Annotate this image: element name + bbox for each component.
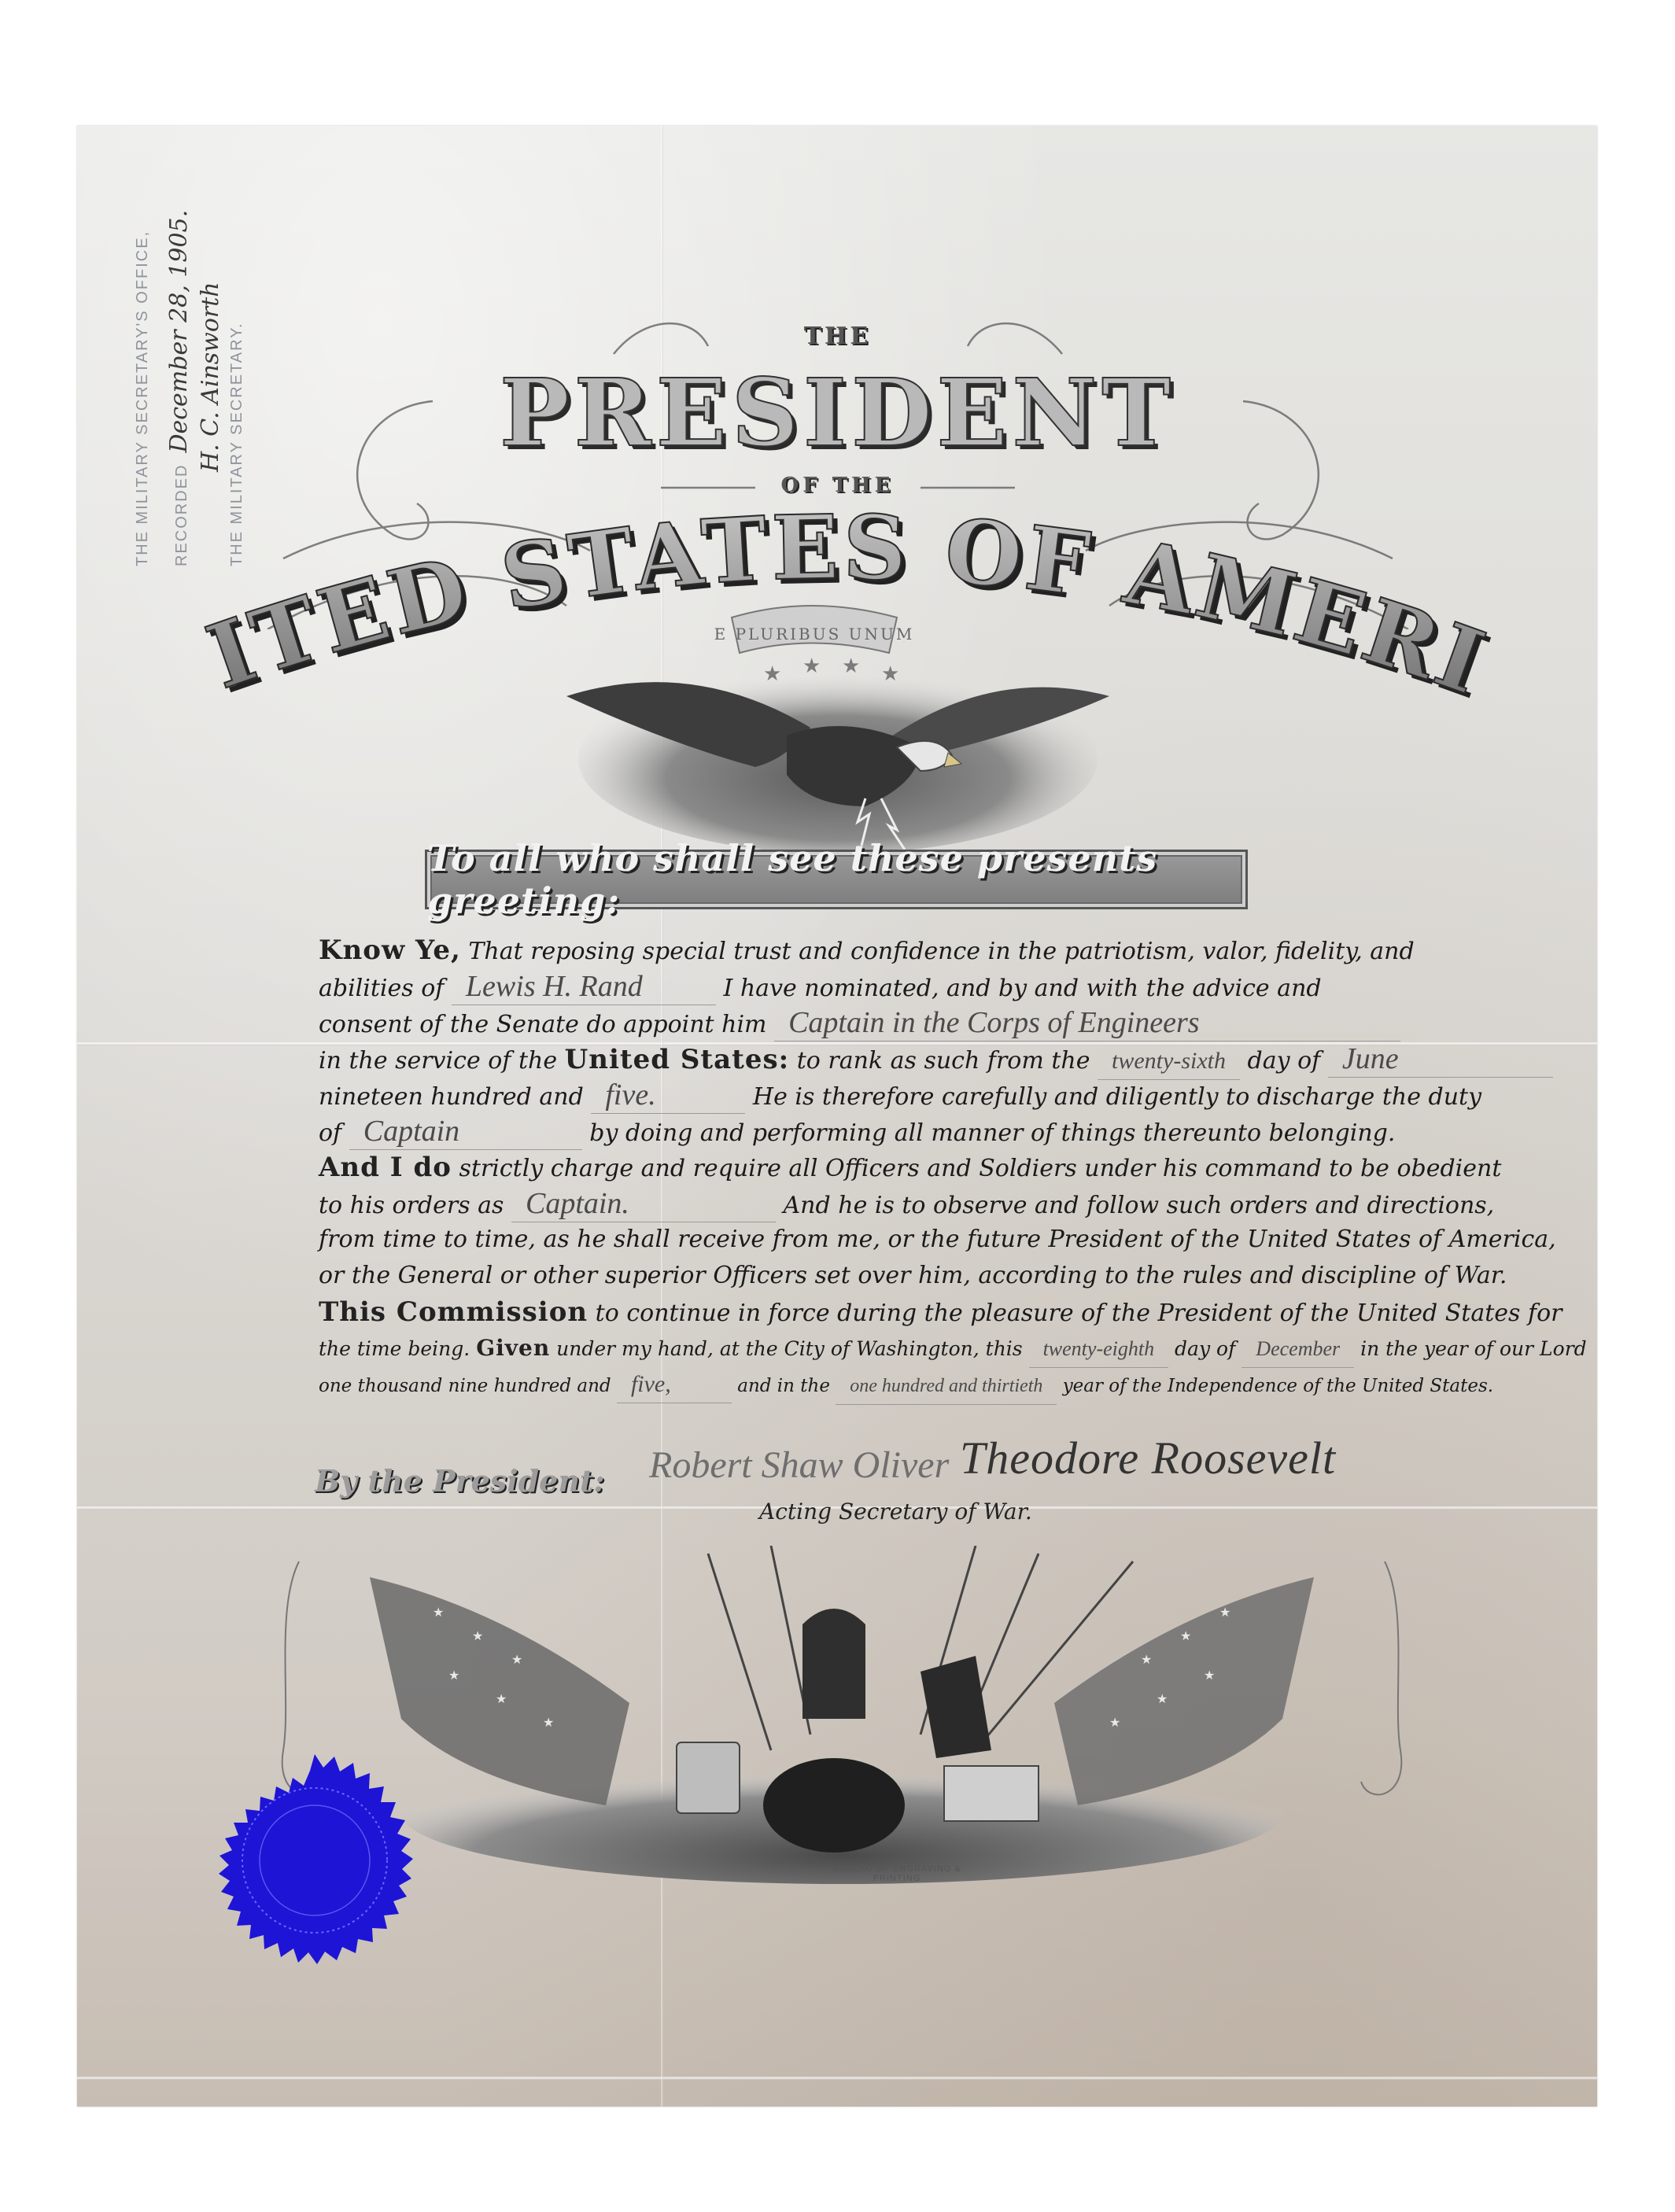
body-text-segment: in the year of our Lord [1360,1337,1587,1360]
rank-day-field: twenty-sixth [1098,1043,1240,1080]
body-line-2: abilities of Lewis H. Rand I have nomina… [319,968,1396,1005]
body-text-segment: abilities of [319,975,444,1002]
body-text-segment: day of [1248,1047,1321,1075]
commission-body: Know Ye, That reposing special trust and… [319,932,1396,1403]
body-line-10: or the General or other superior Officer… [319,1258,1396,1294]
body-line-7: And I do strictly charge and require all… [319,1149,1396,1185]
svg-text:★: ★ [511,1652,522,1667]
svg-text:★: ★ [433,1605,444,1620]
body-text-segment: or the General or other superior Officer… [319,1262,1507,1289]
header-president: PRESIDENT [0,358,1675,467]
body-line-13: one thousand nine hundred and five, and … [319,1366,1396,1403]
body-text-segment: I have nominated, and by and with the ad… [723,975,1321,1002]
body-line-9: from time to time, as he shall receive f… [319,1222,1396,1258]
body-text-segment: nineteen hundred and [319,1083,584,1111]
svg-text:★: ★ [1157,1691,1168,1706]
independence-year-field: one hundred and thirtieth [836,1368,1057,1405]
secretary-of-war-signature: Robert Shaw Oliver [649,1443,949,1487]
body-text-segment: in the service of the [319,1047,557,1075]
body-line-8: to his orders as Captain. And he is to o… [319,1185,1396,1222]
body-text-segment: That reposing special trust and confiden… [468,938,1414,965]
body-text-segment: strictly charge and require all Officers… [459,1155,1501,1182]
body-text-segment: year of the Independence of the United S… [1063,1376,1493,1396]
engraver-imprint: BUREAU OF ENGRAVING & PRINTING [810,1864,983,1883]
svg-text:★: ★ [1141,1652,1152,1667]
and-i-do-lead: And I do [319,1152,452,1183]
body-line-11: This Commission to continue in force dur… [319,1294,1396,1330]
svg-text:★: ★ [448,1668,459,1683]
rank-year-field: five. [591,1077,745,1114]
body-text-segment: He is therefore carefully and diligently… [753,1083,1481,1111]
body-text-segment: and in the [737,1376,830,1396]
body-text-segment: to his orders as [319,1192,504,1219]
duty-rank-field: Captain [349,1113,582,1150]
body-text-segment: the time being. [319,1337,470,1360]
svg-text:★: ★ [1109,1715,1120,1730]
orders-rank-field: Captain. [511,1185,776,1222]
header-of-the: OF THE [0,474,1675,497]
body-text-segment: one thousand nine hundred and [319,1376,611,1396]
body-line-12: the time being. Given under my hand, at … [319,1330,1396,1366]
signature-block: By the President: Robert Shaw Oliver Act… [299,1440,1479,1542]
war-department-seal [201,1750,429,1978]
president-signature: Theodore Roosevelt [960,1432,1336,1484]
body-text-segment: of [319,1119,341,1147]
body-text-segment: And he is to observe and follow such ord… [784,1192,1495,1219]
svg-text:★: ★ [763,662,781,686]
body-line-4: in the service of the United States: to … [319,1041,1396,1077]
body-text-segment: under my hand, at the City of Washington… [556,1337,1022,1360]
rank-month-field: June [1328,1041,1553,1078]
secretary-of-war-title: Acting Secretary of War. [759,1499,1032,1524]
given-bold: Given [476,1335,550,1361]
officer-name-field: Lewis H. Rand [452,968,716,1005]
body-text-segment: consent of the Senate do appoint him [319,1011,767,1038]
by-the-president-label: By the President: [315,1463,605,1499]
body-line-6: of Captain by doing and performing all m… [319,1113,1396,1149]
greeting-text: To all who shall see these presents gree… [427,837,1245,922]
body-line-1: Know Ye, That reposing special trust and… [319,932,1396,968]
svg-text:★: ★ [842,654,860,678]
body-text-segment: day of [1175,1337,1235,1360]
header-the: THE [0,323,1675,350]
rank-corps-field: Captain in the Corps of Engineers [774,1005,1400,1041]
fold-line-horizontal [77,2077,1597,2080]
svg-text:★: ★ [1204,1668,1215,1683]
svg-text:★: ★ [881,662,899,686]
body-text-segment: to rank as such from the [797,1047,1090,1075]
know-ye-lead: Know Ye, [319,935,461,966]
svg-text:★: ★ [543,1715,554,1730]
united-states-bold: United States: [565,1044,790,1075]
svg-text:★: ★ [496,1691,507,1706]
svg-text:★: ★ [1180,1628,1191,1643]
signing-day-field: twenty-eighth [1029,1331,1169,1368]
body-line-5: nineteen hundred and five. He is therefo… [319,1077,1396,1113]
body-text-segment: from time to time, as he shall receive f… [319,1226,1556,1253]
motto-banner: E PLURIBUS UNUM [714,625,915,643]
greeting-banner: To all who shall see these presents gree… [425,850,1248,909]
this-commission-lead: This Commission [319,1296,588,1328]
body-text-segment: by doing and performing all manner of th… [589,1119,1395,1147]
signing-month-field: December [1241,1331,1354,1368]
body-text-segment: to continue in force during the pleasure… [596,1300,1562,1327]
svg-text:★: ★ [802,654,821,678]
signing-year-field: five, [617,1366,732,1403]
svg-text:★: ★ [472,1628,483,1643]
military-trophy-vignette: ★★★ ★★★ ★★★ ★★★ [267,1546,1416,1892]
eagle-vignette: E PLURIBUS UNUM ★★ ★★ [551,578,1125,853]
svg-text:★: ★ [1219,1605,1230,1620]
body-line-3: consent of the Senate do appoint him Cap… [319,1005,1396,1041]
